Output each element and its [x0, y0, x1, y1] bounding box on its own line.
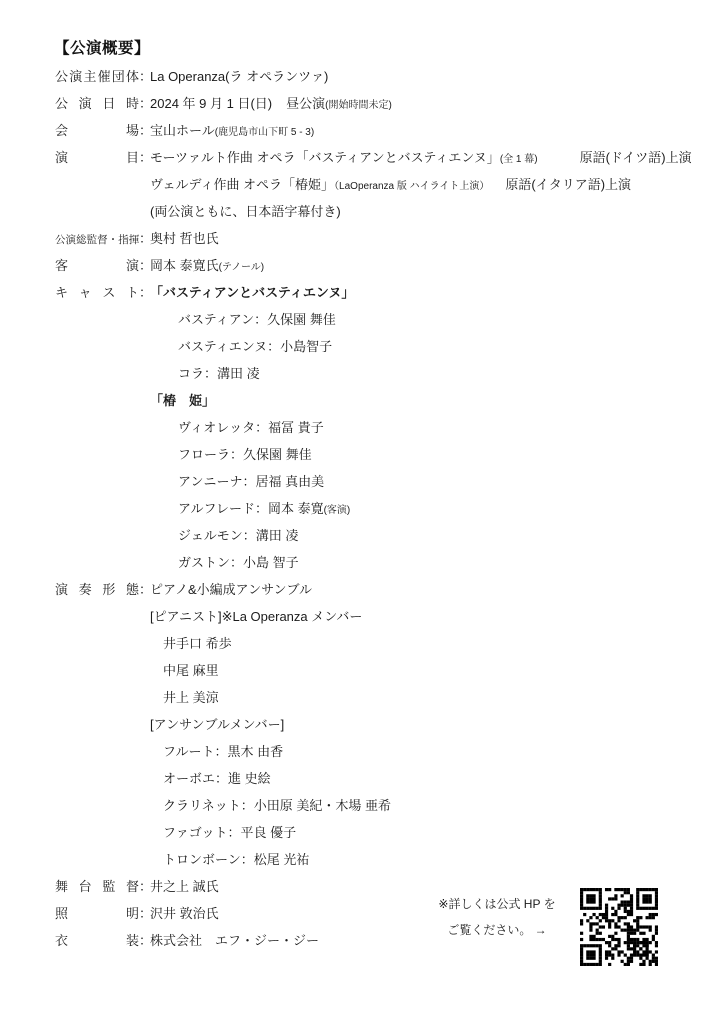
doc-line: 中尾 麻里 [55, 657, 714, 684]
field-value: 「バスティアンとバスティエンヌ」 [150, 285, 354, 300]
doc-line: アンニーナ：居福 真由美 [55, 468, 714, 495]
field-label: キャスト [55, 279, 139, 306]
spacer [272, 107, 286, 108]
doc-line: 井手口 希歩 [55, 630, 714, 657]
field-value: 原語(イタリア語)上演 [505, 177, 631, 192]
field-value: バスティエンヌ：小島智子 [178, 339, 332, 354]
field-value: ガストン：小島 智子 [178, 555, 299, 570]
field-value: トロンボーン：松尾 光祐 [163, 852, 309, 867]
label-colon: ： [139, 927, 150, 954]
field-label: 客演 [55, 252, 139, 279]
field-value: [ピアニスト]※La Operanza メンバー [150, 609, 362, 624]
field-value: ヴィオレッタ：福冨 貴子 [178, 420, 324, 435]
document-page: 【公演概要】 公演主催団体：La Operanza(ラ オペランツァ)公演日時：… [0, 0, 724, 1024]
doc-line: クラリネット：小田原 美紀・木場 亜希 [55, 792, 714, 819]
field-value: ヴェルディ作曲 オペラ「椿姫」 [150, 177, 334, 192]
field-value: オーボエ：進 史絵 [163, 771, 271, 786]
doc-line: フルート：黒木 由香 [55, 738, 714, 765]
doc-line: コラ：溝田 凌 [55, 360, 714, 387]
label-colon: ： [139, 144, 150, 171]
field-value: 中尾 麻里 [163, 663, 219, 678]
field-value: モーツァルト作曲 オペラ「バスティアンとバスティエンヌ」 [150, 150, 500, 165]
field-label: 演目 [55, 144, 139, 171]
field-value: 宝山ホール [150, 123, 215, 138]
field-value: ファゴット：平良 優子 [163, 825, 296, 840]
doc-line: トロンボーン：松尾 光祐 [55, 846, 714, 873]
field-value: 原語(ドイツ語)上演 [580, 150, 692, 165]
label-colon: ： [139, 252, 150, 279]
doc-line: バスティアン：久保園 舞佳 [55, 306, 714, 333]
field-value: バスティアン：久保園 舞佳 [178, 312, 336, 327]
field-value: フローラ：久保園 舞佳 [178, 447, 312, 462]
qr-code [580, 888, 658, 966]
label-colon: ： [139, 873, 150, 900]
doc-line: [ピアニスト]※La Operanza メンバー [55, 603, 714, 630]
field-label: 会場 [55, 117, 139, 144]
field-value: 奥村 哲也氏 [150, 231, 219, 246]
field-value: [アンサンブルメンバー] [150, 717, 284, 732]
doc-line: ジェルモン：溝田 凌 [55, 522, 714, 549]
field-value: (テノール) [219, 262, 264, 273]
field-value: 岡本 泰寛氏 [150, 258, 219, 273]
field-label: 照明 [55, 900, 139, 927]
field-label: 舞台監督 [55, 873, 139, 900]
spacer [489, 188, 505, 189]
hp-note-line2: ご覧ください。 → [436, 917, 558, 943]
doc-line: 公演日時：2024 年 9 月 1 日(日)昼公演(開始時間未定) [55, 90, 714, 117]
field-value: 2024 年 9 月 1 日(日) [150, 96, 272, 111]
doc-line: ヴィオレッタ：福冨 貴子 [55, 414, 714, 441]
page-title: 【公演概要】 [54, 36, 150, 58]
field-value: 「椿 姫」 [150, 393, 215, 408]
doc-line: 「椿 姫」 [55, 387, 714, 414]
label-colon: ： [139, 279, 150, 306]
label-colon: ： [139, 900, 150, 927]
field-value: (客演) [324, 505, 351, 516]
field-value: （LaOperanza 版 ハイライト上演） [334, 181, 489, 192]
label-colon: ： [139, 576, 150, 603]
doc-line: アルフレード：岡本 泰寛(客演) [55, 495, 714, 522]
doc-line: 客演：岡本 泰寛氏(テノール) [55, 252, 714, 279]
doc-line: ヴェルディ作曲 オペラ「椿姫」（LaOperanza 版 ハイライト上演）原語(… [55, 171, 714, 198]
field-value: アルフレード：岡本 泰寛 [178, 501, 324, 516]
field-label: 公演総監督・指揮 [55, 227, 139, 254]
field-value: 株式会社 エフ・ジー・ジー [150, 933, 319, 948]
doc-line: キャスト：「バスティアンとバスティエンヌ」 [55, 279, 714, 306]
doc-line: 公演主催団体：La Operanza(ラ オペランツァ) [55, 63, 714, 90]
label-colon: ： [139, 90, 150, 117]
field-value: アンニーナ：居福 真由美 [178, 474, 324, 489]
label-colon: ： [139, 225, 150, 252]
field-label: 演奏形態 [55, 576, 139, 603]
field-value: 井手口 希歩 [163, 636, 232, 651]
field-value: La Operanza(ラ オペランツァ) [150, 69, 328, 84]
field-value: (両公演ともに、日本語字幕付き) [150, 204, 341, 219]
doc-line: 会場：宝山ホール(鹿児島市山下町 5 - 3) [55, 117, 714, 144]
overview-lines: 公演主催団体：La Operanza(ラ オペランツァ)公演日時：2024 年 … [55, 63, 714, 954]
label-colon: ： [139, 117, 150, 144]
field-label: 公演主催団体 [55, 63, 139, 90]
field-value: 昼公演 [286, 96, 325, 111]
field-value: ジェルモン：溝田 凌 [178, 528, 298, 543]
field-value: フルート：黒木 由香 [163, 744, 283, 759]
label-colon: ： [139, 63, 150, 90]
doc-line: オーボエ：進 史絵 [55, 765, 714, 792]
field-value: (鹿児島市山下町 5 - 3) [215, 127, 314, 138]
doc-line: フローラ：久保園 舞佳 [55, 441, 714, 468]
hp-note-line1: ※詳しくは公式 HP を [436, 891, 558, 917]
doc-line: [アンサンブルメンバー] [55, 711, 714, 738]
field-value: (全 1 幕) [500, 154, 538, 165]
doc-line: (両公演ともに、日本語字幕付き) [55, 198, 714, 225]
spacer [538, 161, 580, 162]
doc-line: 公演総監督・指揮：奥村 哲也氏 [55, 225, 714, 252]
field-label: 公演日時 [55, 90, 139, 117]
doc-line: バスティエンヌ：小島智子 [55, 333, 714, 360]
field-value: 沢井 敦治氏 [150, 906, 219, 921]
field-value: コラ：溝田 凌 [178, 366, 260, 381]
doc-line: 井上 美涼 [55, 684, 714, 711]
field-value: 井之上 誠氏 [150, 879, 219, 894]
field-label: 衣装 [55, 927, 139, 954]
doc-line: 演目：モーツァルト作曲 オペラ「バスティアンとバスティエンヌ」(全 1 幕)原語… [55, 144, 714, 171]
field-value: 井上 美涼 [163, 690, 219, 705]
field-value: クラリネット：小田原 美紀・木場 亜希 [163, 798, 391, 813]
field-value: ピアノ&小編成アンサンブル [150, 582, 312, 597]
field-value: (開始時間未定) [325, 100, 392, 111]
official-hp-note: ※詳しくは公式 HP を ご覧ください。 → [436, 891, 558, 943]
doc-line: ガストン：小島 智子 [55, 549, 714, 576]
doc-line: 演奏形態：ピアノ&小編成アンサンブル [55, 576, 714, 603]
doc-line: ファゴット：平良 優子 [55, 819, 714, 846]
